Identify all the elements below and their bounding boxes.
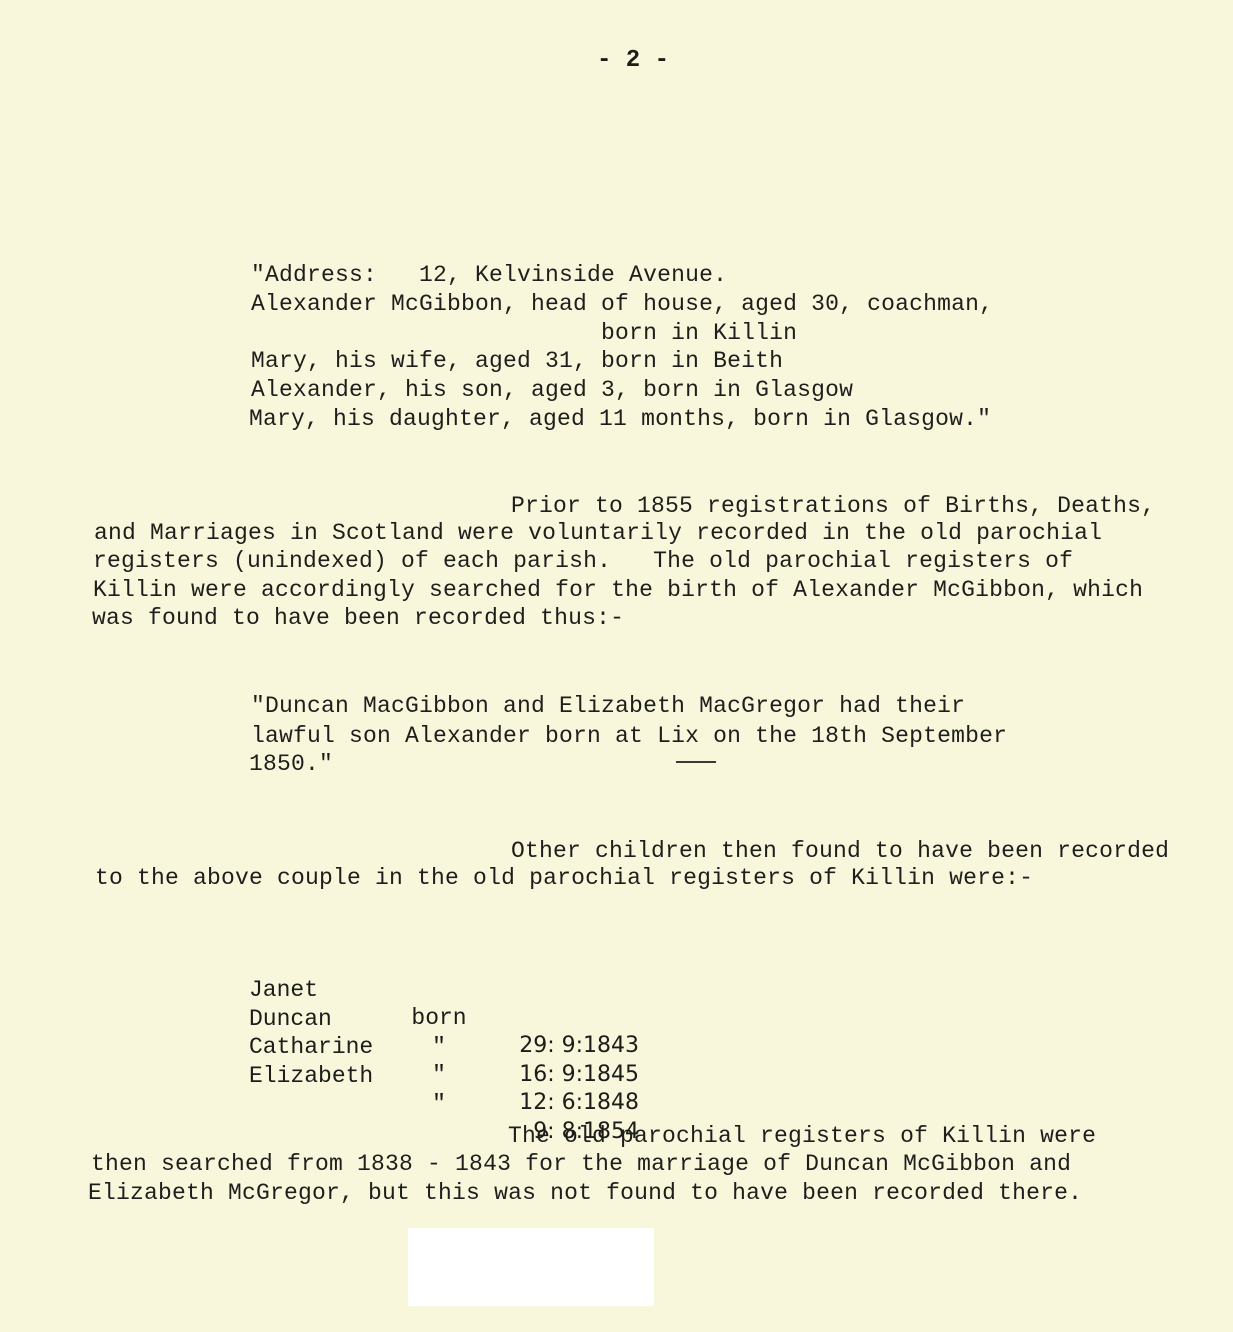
- paragraph-line: Other children then found to have been r…: [511, 837, 1169, 865]
- table-row: Elizabeth " 9: 8:1854: [249, 1034, 304, 1063]
- child-status: ": [409, 1033, 469, 1061]
- page-number: - 2 -: [597, 47, 669, 74]
- redaction-box: [408, 1228, 654, 1306]
- child-status: ": [409, 1090, 469, 1118]
- paragraph-line: to the above couple in the old parochial…: [95, 864, 1033, 892]
- paragraph-line: registers (unindexed) of each parish. Th…: [93, 547, 1073, 575]
- paragraph-line: Killin were accordingly searched for the…: [93, 576, 1143, 604]
- child-birth-date: 29: 9:1843: [489, 1032, 639, 1060]
- child-birth-date: 12: 6:1848: [489, 1089, 639, 1117]
- table-row: Janet born 29: 9:1843: [249, 948, 304, 977]
- table-row: Catharine " 12: 6:1848: [249, 1005, 304, 1034]
- census-line: born in Killin: [251, 319, 797, 347]
- lix-underline: [676, 761, 716, 763]
- census-line: Mary, his wife, aged 31, born in Beith: [251, 347, 783, 375]
- paragraph-line: and Marriages in Scotland were voluntari…: [94, 519, 1102, 547]
- birth-quote-line: "Duncan MacGibbon and Elizabeth MacGrego…: [251, 692, 965, 720]
- child-status: ": [409, 1061, 469, 1089]
- child-name: Elizabeth: [249, 1062, 373, 1090]
- table-row: Duncan " 16: 9:1845: [249, 977, 304, 1006]
- birth-quote-line: 1850.": [249, 750, 333, 778]
- paragraph-line: Elizabeth McGregor, but this was not fou…: [88, 1179, 1082, 1207]
- paragraph-line: Prior to 1855 registrations of Births, D…: [511, 492, 1155, 520]
- census-line: Alexander, his son, aged 3, born in Glas…: [251, 376, 853, 404]
- paragraph-line: was found to have been recorded thus:-: [92, 604, 624, 632]
- paragraph-line: then searched from 1838 - 1843 for the m…: [91, 1150, 1071, 1178]
- census-line: Mary, his daughter, aged 11 months, born…: [249, 405, 991, 433]
- census-line: Alexander McGibbon, head of house, aged …: [251, 290, 993, 318]
- child-status: born: [409, 1004, 469, 1032]
- children-table: Janet born 29: 9:1843 Duncan " 16: 9:184…: [249, 948, 304, 1062]
- census-line: "Address: 12, Kelvinside Avenue.: [251, 261, 727, 289]
- child-birth-date: 16: 9:1845: [489, 1061, 639, 1089]
- birth-quote-line: lawful son Alexander born at Lix on the …: [251, 722, 1007, 750]
- paragraph-line: The old parochial registers of Killin we…: [508, 1122, 1096, 1150]
